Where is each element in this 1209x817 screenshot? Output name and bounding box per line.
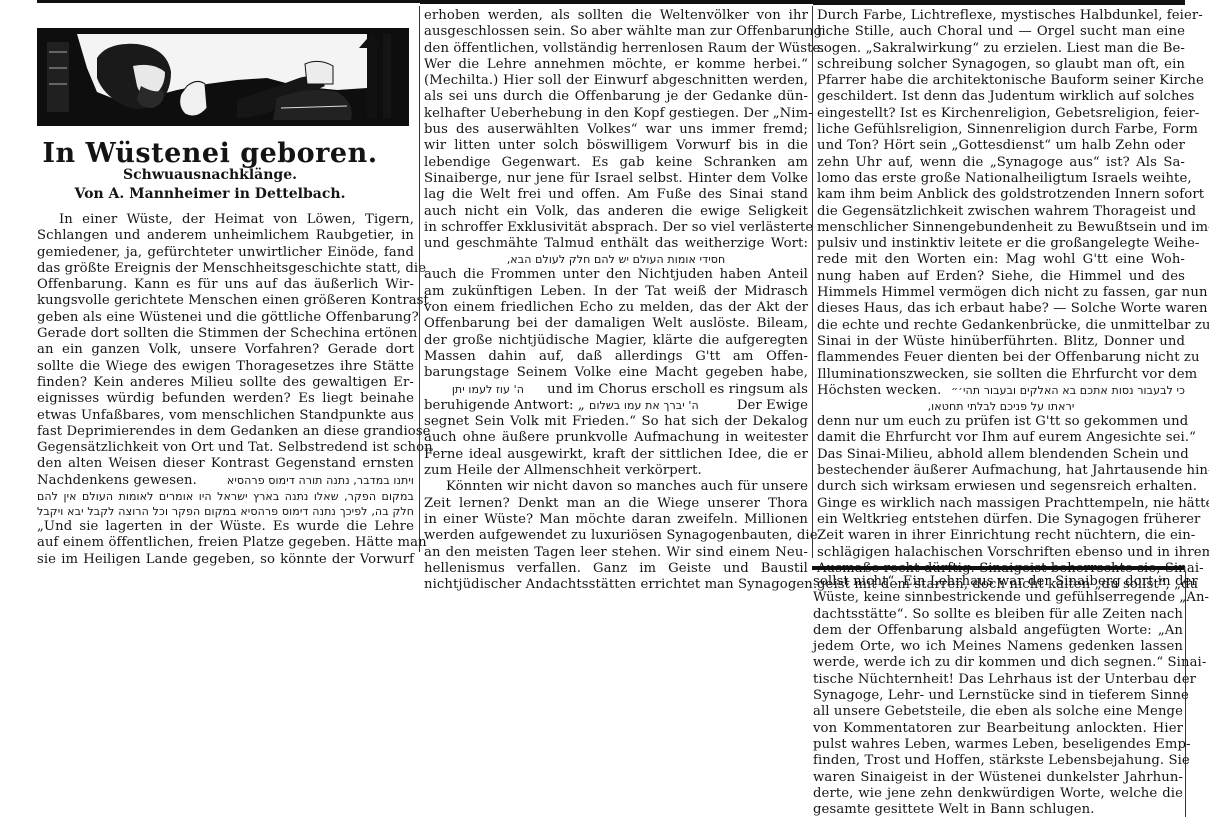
col3-line-with-hebrew: Höchsten wecken. כי לבעבור נסות אתכם בא … (817, 383, 1185, 399)
column-3: Durch Farbe, Lichtreflexe, mystisches Ha… (817, 8, 1185, 593)
text-line: schreibung solcher Synagogen, so glaubt … (817, 57, 1185, 73)
top-rule-middle (420, 0, 813, 4)
text-line: „Und sie lagerten in der Wüste. Es wurde… (37, 519, 414, 535)
text-line: Wer die Lehre annehmen möchte, er komme … (424, 57, 808, 73)
text-line: Himmels Himmel vermögen dich nicht zu fa… (817, 285, 1185, 301)
col2-hebrew-talmud-quote: חסידי אומות העולם יש להם חלק לעולם הבא, (424, 252, 808, 267)
text-line: Gerade dort sollten die Stimmen der Sche… (37, 326, 414, 342)
text-line: eingestellt? Ist es Kirchenreligion, Geb… (817, 106, 1185, 122)
text-line: flammendes Feuer dienten bei der Offenba… (817, 350, 1185, 366)
text-line: Schlangen und anderem unheimlichem Raubg… (37, 228, 414, 244)
text-line: jedem Orte, wo ich Meines Namens gedenke… (813, 639, 1183, 655)
text-line: dachtsstätte“. So sollte es bleiben für … (813, 607, 1183, 623)
text-line: barungstage Seinem Volke eine Macht gege… (424, 365, 808, 381)
text-line: Pfarrer habe die architektonische Baufor… (817, 73, 1185, 89)
col1-paragraph-2: „Und sie lagerten in der Wüste. Es wurde… (37, 519, 414, 568)
text-line: in schroffer Exklusivität absprach. Der … (424, 220, 808, 236)
text-line: geben als eine Wüstenei und die göttlich… (37, 310, 414, 326)
text-line: all unsere Gebetsteile, die eben als sol… (813, 704, 1183, 720)
text-line: zum Heile der Allmenschheit verkörpert. (424, 463, 808, 479)
text-line: kelhafter Ueberhebung in den Kopf gestie… (424, 106, 808, 122)
col2-paragraph-2: auch die Frommen unter den Nichtjuden ha… (424, 267, 808, 381)
text-line: von Kommentatoren zur Bearbeitung anlock… (813, 721, 1183, 737)
article-title: In Wüstenei geboren. (0, 138, 420, 169)
col1-hebrew-quote: במקום הפקר, שאלו נתנה בארץ ישראל היו אומ… (37, 489, 414, 519)
text-line: etwas Unfaßbares, vom menschlichen Stand… (37, 408, 414, 424)
text-line: auch ohne äußere prunkvolle Aufmachung i… (424, 430, 808, 446)
text-line: Das Sinai-Milieu, abhold allem blendende… (817, 447, 1185, 463)
text-line: Sinaiberge, nur jene für Israel selbst. … (424, 171, 808, 187)
text-line: denn nur um euch zu prüfen ist G'tt so g… (817, 414, 1185, 430)
text-line: Ferne ideal ausgewirkt, kraft der sittli… (424, 447, 808, 463)
text-line: menschlicher Sinnengebundenheit zu Bewuß… (817, 220, 1185, 236)
top-rule-right (813, 0, 1185, 5)
text-line: an ein ganzen Volk, unsere Vorfahren? Ge… (37, 342, 414, 358)
text-line: dieses Haus, das ich erbaut habe? — Solc… (817, 301, 1185, 317)
article-byline: Von A. Mannheimer in Dettelbach. (0, 186, 420, 202)
text-line: sollst nicht“. Ein Lehrhaus war der Sina… (813, 574, 1183, 590)
col3-hebrew-inline: כי לבעבור נסות אתכם בא האלקים ובעבור תהי… (951, 383, 1185, 398)
text-line: Durch Farbe, Lichtreflexe, mystisches Ha… (817, 8, 1185, 24)
text-line: als sei uns durch die Offenbarung je der… (424, 89, 808, 105)
text-line: Illuminationszwecken, sie sollten die Eh… (817, 367, 1185, 383)
text-line: tische Nüchternheit! Das Lehrhaus ist de… (813, 672, 1183, 688)
text-line: Massen dahin auf, daß allerdings G'tt am… (424, 349, 808, 365)
text-line: Zeit lernen? Denkt man an die Wiege unse… (424, 496, 808, 512)
column-divider-1 (419, 6, 420, 552)
text-line: und geschmähte Talmud enthält das weithe… (424, 236, 808, 252)
text-line: dem der Offenbarung alsbald angefügten W… (813, 623, 1183, 639)
text-line: liche Gefühlsreligion, Sinnenreligion du… (817, 122, 1185, 138)
text-line: damit die Ehrfurcht vor Ihm auf eurem An… (817, 430, 1185, 446)
col2-paragraph-1: erhoben werden, als sollten die Weltenvö… (424, 8, 808, 252)
column-4: sollst nicht“. Ein Lehrhaus war der Sina… (813, 574, 1183, 817)
text-line: die Gegensätzlichkeit zwischen wahrem Th… (817, 204, 1185, 220)
col3-hebrew-quote: יראתו על פניכם לבלתי תחטאו, (817, 399, 1185, 414)
text-line: חלק בה, לפיכך נתנה דימוס פרהסיא במקום הפ… (37, 504, 414, 519)
col1-last-line-text: Nachdenkens gewesen. (37, 473, 197, 489)
text-line: geschildert. Ist denn das Judentum wirkl… (817, 89, 1185, 105)
text-line: werde, werde ich zu dir kommen und dich … (813, 655, 1183, 671)
text-line: auf einem öffentlichen, freien Platze ge… (37, 535, 414, 551)
continuation-rule (812, 566, 1184, 570)
col2-paragraph-4: Könnten wir nicht davon so manches auch … (424, 479, 808, 593)
col2-hebrew-inline-1: ה' עוז לעמו יתן (424, 382, 524, 397)
text-line: eignisses würdig befunden werden? Es lie… (37, 391, 414, 407)
text-line: nichtjüdischer Andachtsstätten errichtet… (424, 577, 808, 593)
text-line: (Mechilta.) Hier soll der Einwurf abgesc… (424, 73, 808, 89)
text-line: nung haben auf Erden? Siehe, die Himmel … (817, 269, 1185, 285)
col3-line-before-hebrew: Höchsten wecken. (817, 383, 941, 399)
column-1: In einer Wüste, der Heimat von Löwen, Ti… (37, 212, 414, 568)
text-line: den alten Weisen dieser Kontrast Gegenst… (37, 456, 414, 472)
text-line: hellenismus verfallen. Ganz im Geiste un… (424, 561, 808, 577)
text-line: und Ton? Hört sein „Gottesdienst“ um hal… (817, 138, 1185, 154)
text-line: kam ihm beim Anblick des goldstrotzenden… (817, 187, 1185, 203)
text-line: von einem friedlichen Echo zu melden, da… (424, 300, 808, 316)
text-line: durch sich wirksam erwiesen und segensre… (817, 479, 1185, 495)
text-line: lebendige Gegenwart. Es gab keine Schran… (424, 155, 808, 171)
text-line: werden aufgewendet zu luxuriösen Synagog… (424, 528, 808, 544)
text-line: auch die Frommen unter den Nichtjuden ha… (424, 267, 808, 283)
text-line: במקום הפקר, שאלו נתנה בארץ ישראל היו אומ… (37, 489, 414, 504)
text-line: gemiedener, ja, gefürchteter unwirtliche… (37, 245, 414, 261)
text-line: lag die Welt frei und offen. Am Fuße des… (424, 187, 808, 203)
text-line: zehn Uhr auf, wenn die „Synagoge aus“ is… (817, 155, 1185, 171)
col2-line-before-hebrew-2: beruhigende Antwort: „ (424, 398, 585, 413)
text-line: derte, wie jene zehn denkwürdigen Worte,… (813, 786, 1183, 802)
text-line: ausgeschlossen sein. So aber wählte man … (424, 24, 808, 40)
text-line: lomo das erste große Nationalheiligtum I… (817, 171, 1185, 187)
text-line: Sinai in der Wüste hinüberführten. Blitz… (817, 334, 1185, 350)
text-line: bestechender äußerer Aufmachung, hat Jah… (817, 463, 1185, 479)
text-line: Wüste, keine sinnbestrickende und gefühl… (813, 590, 1183, 606)
col2-line-after-hebrew-2: Der Ewige (737, 398, 808, 414)
text-line: liche Stille, auch Choral und — Orgel su… (817, 24, 1185, 40)
col1-paragraph-1: In einer Wüste, der Heimat von Löwen, Ti… (37, 212, 414, 473)
text-line: bus des auserwählten Volkes“ war uns imm… (424, 122, 808, 138)
text-line: die echte und rechte Gedankenbrücke, die… (817, 318, 1185, 334)
text-line: Zeit waren in ihrer Einrichtung recht nü… (817, 528, 1185, 544)
col2-line-after-hebrew-1: und im Chorus erscholl es ringsum als (547, 382, 808, 398)
col2-paragraph-3: segnet Sein Volk mit Frieden.“ So hat si… (424, 414, 808, 479)
text-line: den öffentlichen, vollständig herrenlose… (424, 41, 808, 57)
text-line: Offenbarung bei der damaligen Welt auslö… (424, 316, 808, 332)
text-line: rede mit den Worten ein: Mag wohl G'tt e… (817, 252, 1185, 268)
illustration-image (37, 28, 409, 126)
col1-hebrew-inline: ויתנו במדבר, נתנה תורה דימוס פרהסיא (227, 473, 414, 488)
top-rule-left (37, 0, 420, 3)
text-line: das größte Ereignis der Menschheitsgesch… (37, 261, 414, 277)
text-line: am zukünftigen Leben. In der Tat weiß de… (424, 284, 808, 300)
text-line: finden? Kein anderes Milieu sollte des g… (37, 375, 414, 391)
text-line: Offenbarung. Kann es für uns auf das äuß… (37, 277, 414, 293)
text-line: ein Weltkrieg entstehen dürfen. Die Syna… (817, 512, 1185, 528)
text-line: erhoben werden, als sollten die Weltenvö… (424, 8, 808, 24)
text-line: Könnten wir nicht davon so manches auch … (424, 479, 808, 495)
col4-last-line: gesamte gesittete Welt in Bann schlugen. (813, 802, 1183, 817)
text-line: In einer Wüste, der Heimat von Löwen, Ti… (37, 212, 414, 228)
text-line: der große nichtjüdische Magier, klärte d… (424, 333, 808, 349)
text-line: sie im Heiligen Lande gegeben, so könnte… (37, 552, 414, 568)
col1-last-line-with-hebrew: Nachdenkens gewesen. ויתנו במדבר, נתנה ת… (37, 473, 414, 489)
col2-hebrew-line-1: ה' עוז לעמו יתן und im Chorus erscholl e… (424, 382, 808, 398)
text-line: sollte die Wiege des ewigen Thoragesetze… (37, 359, 414, 375)
column-divider-2 (812, 6, 813, 558)
col2-hebrew-inline-2: ה' יברך את עמו בשלום (589, 399, 699, 412)
text-line: an den meisten Tagen leer stehen. Wir si… (424, 545, 808, 561)
col2-hebrew-line-2: beruhigende Antwort: „ ה' יברך את עמו בש… (424, 398, 808, 414)
text-line: fast Deprimierendes in dem Gedanken an d… (37, 424, 414, 440)
woodcut-illustration (37, 28, 409, 126)
article-subtitle: Schwuausnachklänge. (0, 167, 420, 183)
column-2: erhoben werden, als sollten die Weltenvö… (424, 8, 808, 593)
text-line: Gegensätzlichkeit von Ort und Tat. Selbs… (37, 440, 414, 456)
text-line: Synagoge, Lehr- und Lernstücke sind in t… (813, 688, 1183, 704)
text-line: pulsiv und instinktiv leitete er die gro… (817, 236, 1185, 252)
text-line: segnet Sein Volk mit Frieden.“ So hat si… (424, 414, 808, 430)
col4-paragraph-1: sollst nicht“. Ein Lehrhaus war der Sina… (813, 574, 1183, 802)
text-line: in einer Wüste? Man möchte daran zweifel… (424, 512, 808, 528)
text-line: auch nicht ein Volk, das anderen die ewi… (424, 204, 808, 220)
text-line: schlägigen halachischen Vorschriften ebe… (817, 545, 1185, 561)
col3-paragraph-1: Durch Farbe, Lichtreflexe, mystisches Ha… (817, 8, 1185, 383)
text-line: waren Sinaigeist in der Wüstenei dunkels… (813, 770, 1183, 786)
text-line: wir litten unter solch böswilligem Vorwu… (424, 138, 808, 154)
text-line: sogen. „Sakralwirkung“ zu erzielen. Lies… (817, 41, 1185, 57)
text-line: Ginge es wirklich nach massigen Prachtte… (817, 496, 1185, 512)
text-line: finden, Trost und Hoffen, stärkste Leben… (813, 753, 1183, 769)
text-line: pulst wahres Leben, warmes Leben, beseli… (813, 737, 1183, 753)
text-line: kungsvolle gerichtete Menschen einen grö… (37, 293, 414, 309)
